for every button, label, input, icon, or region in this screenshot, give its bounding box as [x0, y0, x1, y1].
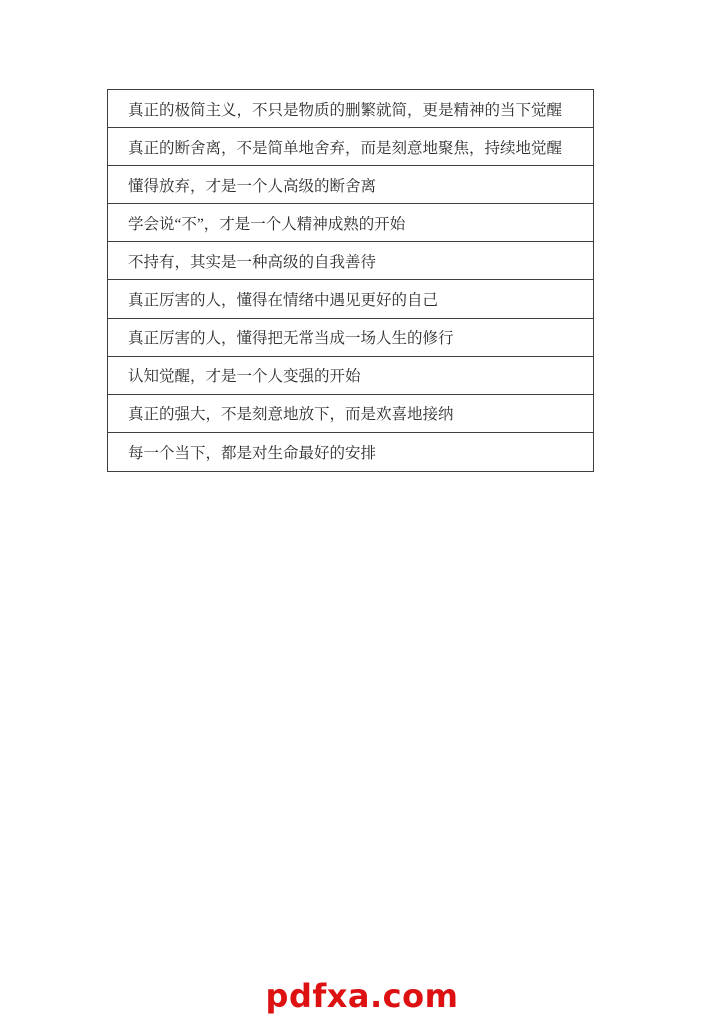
table-row: 真正厉害的人，懂得把无常当成一场人生的修行	[108, 319, 593, 357]
table-row: 真正厉害的人，懂得在情绪中遇见更好的自己	[108, 280, 593, 318]
table-row: 每一个当下，都是对生命最好的安排	[108, 433, 593, 471]
quote-text: 真正厉害的人，懂得把无常当成一场人生的修行	[128, 326, 454, 348]
table-row: 真正的强大，不是刻意地放下，而是欢喜地接纳	[108, 395, 593, 433]
table-row: 不持有，其实是一种高级的自我善待	[108, 242, 593, 280]
table-row: 学会说“不”，才是一个人精神成熟的开始	[108, 204, 593, 242]
watermark-text: pdfxa.com	[0, 977, 724, 1015]
quotes-table: 真正的极简主义，不只是物质的删繁就简，更是精神的当下觉醒 真正的断舍离，不是简单…	[107, 89, 594, 472]
quote-text: 真正厉害的人，懂得在情绪中遇见更好的自己	[128, 288, 438, 310]
quote-text: 真正的强大，不是刻意地放下，而是欢喜地接纳	[128, 402, 454, 424]
quote-text: 学会说“不”，才是一个人精神成熟的开始	[128, 212, 405, 234]
table-row: 懂得放弃，才是一个人高级的断舍离	[108, 166, 593, 204]
quote-text: 认知觉醒，才是一个人变强的开始	[128, 364, 361, 386]
quote-text: 真正的极简主义，不只是物质的删繁就简，更是精神的当下觉醒	[128, 98, 562, 120]
quote-text: 每一个当下，都是对生命最好的安排	[128, 441, 376, 463]
quote-text: 真正的断舍离，不是简单地舍弃，而是刻意地聚焦，持续地觉醒	[128, 136, 562, 158]
quote-text: 懂得放弃，才是一个人高级的断舍离	[128, 174, 376, 196]
table-row: 真正的极简主义，不只是物质的删繁就简，更是精神的当下觉醒	[108, 90, 593, 128]
table-row: 真正的断舍离，不是简单地舍弃，而是刻意地聚焦，持续地觉醒	[108, 128, 593, 166]
document-page: 真正的极简主义，不只是物质的删繁就简，更是精神的当下觉醒 真正的断舍离，不是简单…	[0, 0, 724, 1024]
table-row: 认知觉醒，才是一个人变强的开始	[108, 357, 593, 395]
quote-text: 不持有，其实是一种高级的自我善待	[128, 250, 376, 272]
